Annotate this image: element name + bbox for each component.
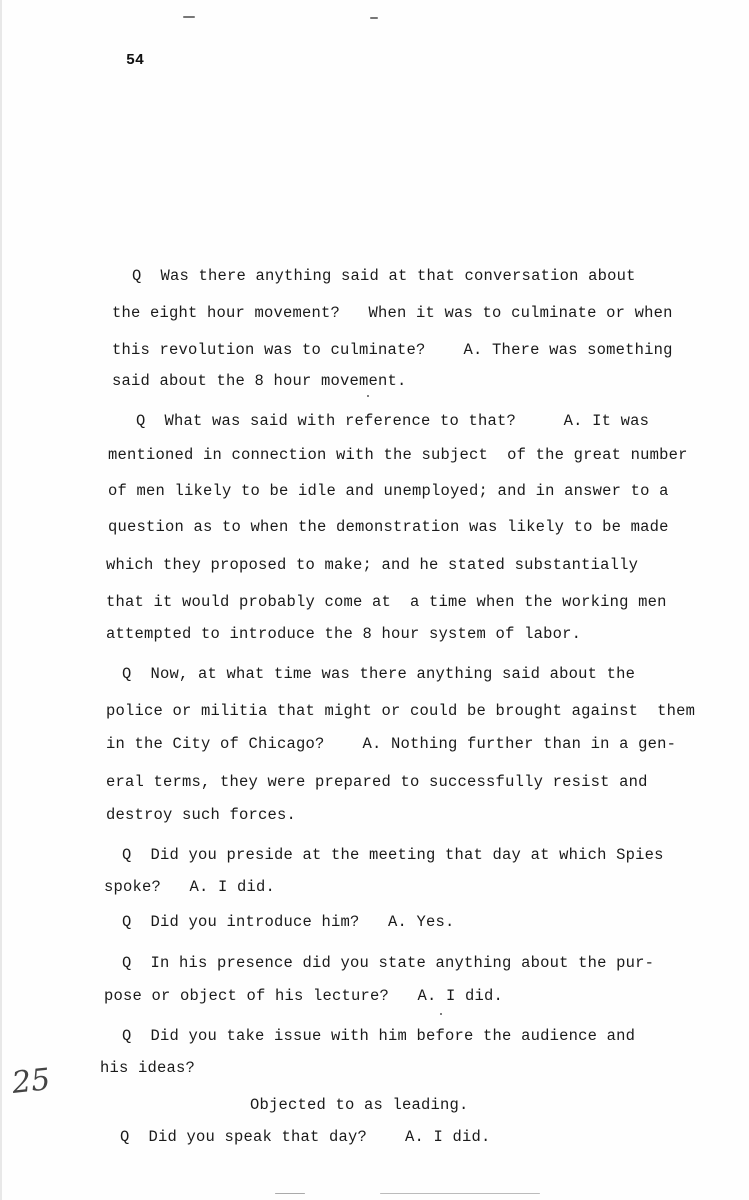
transcript-line: of men likely to be idle and unemployed;…: [108, 482, 669, 500]
transcript-line: his ideas?: [100, 1059, 195, 1077]
handwritten-margin-note: 25: [10, 1062, 52, 1101]
transcript-line: spoke? A. I did.: [104, 878, 275, 896]
transcript-line: Q Was there anything said at that conver…: [132, 267, 636, 285]
transcript-line: the eight hour movement? When it was to …: [112, 304, 673, 322]
transcript-line: said about the 8 hour movement.: [112, 372, 407, 390]
speck: [367, 395, 369, 397]
transcript-line: in the City of Chicago? A. Nothing furth…: [106, 735, 676, 753]
transcript-line: this revolution was to culminate? A. The…: [112, 341, 673, 359]
transcript-line: Objected to as leading.: [250, 1096, 469, 1114]
speck: [546, 636, 548, 638]
scan-mark: [370, 17, 378, 19]
document-page: 54 Q Was there anything said at that con…: [0, 0, 749, 1200]
transcript-line: Q Now, at what time was there anything s…: [122, 665, 635, 683]
transcript-line: Q Did you speak that day? A. I did.: [120, 1128, 491, 1146]
transcript-line: Q Did you preside at the meeting that da…: [122, 846, 664, 864]
transcript-line: Q Did you introduce him? A. Yes.: [122, 913, 455, 931]
scan-mark: [380, 1193, 540, 1194]
transcript-line: destroy such forces.: [106, 806, 296, 824]
transcript-line: Q Did you take issue with him before the…: [122, 1027, 635, 1045]
transcript-line: question as to when the demonstration wa…: [108, 518, 669, 536]
scan-edge: [0, 0, 2, 1200]
transcript-line: attempted to introduce the 8 hour system…: [106, 625, 581, 643]
transcript-line: that it would probably come at a time wh…: [106, 593, 667, 611]
speck: [440, 1013, 442, 1015]
transcript-line: mentioned in connection with the subject…: [108, 446, 688, 464]
transcript-line: Q In his presence did you state anything…: [122, 954, 654, 972]
transcript-line: which they proposed to make; and he stat…: [106, 556, 638, 574]
page-number: 54: [126, 52, 144, 69]
scan-mark: [275, 1193, 305, 1194]
transcript-line: eral terms, they were prepared to succes…: [106, 773, 648, 791]
transcript-line: Q What was said with reference to that? …: [136, 412, 649, 430]
transcript-line: pose or object of his lecture? A. I did.: [104, 987, 503, 1005]
transcript-line: police or militia that might or could be…: [106, 702, 695, 720]
scan-mark: [183, 16, 195, 18]
